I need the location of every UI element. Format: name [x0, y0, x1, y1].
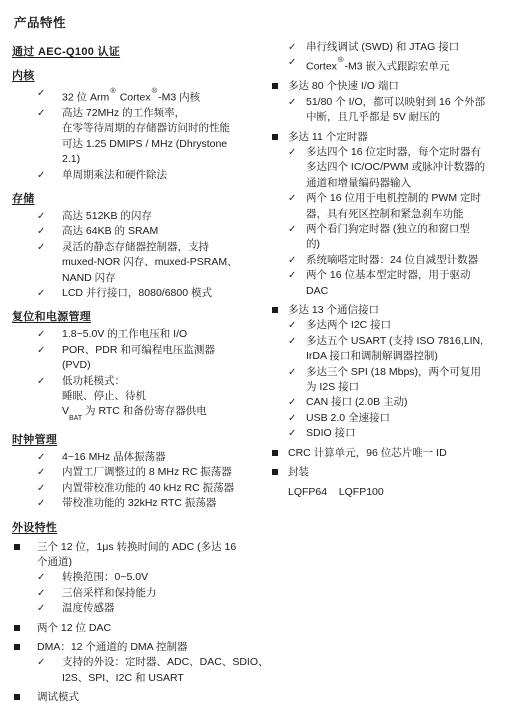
feature-item: 两个 12 位 DAC	[12, 621, 270, 636]
feature-line: 三倍采样和保持能力	[62, 586, 270, 601]
feature-line: 单周期乘法和硬件除法	[62, 168, 270, 183]
registered-trademark-symbol: ®	[338, 55, 344, 64]
feature-item: ✓两个看门狗定时器 (独立的和窗口型的)	[272, 222, 512, 253]
feature-item: ✓带校准功能的 32kHz RTC 振荡器	[12, 496, 270, 511]
feature-item: ✓串行线调试 (SWD) 和 JTAG 接口	[272, 40, 512, 55]
feature-item: LQFP64 LQFP100	[272, 485, 512, 500]
bullet-check-icon: ✓	[37, 481, 62, 496]
feature-text: 4~16 MHz 晶体振荡器	[62, 450, 270, 465]
bullet-check-icon: ✓	[288, 426, 306, 441]
bullet-square-icon	[272, 303, 288, 318]
feature-text: POR、PDR 和可编程电压监测器(PVD)	[62, 343, 270, 374]
vbat-subscript: BAT	[69, 415, 82, 422]
section-heading: 存储	[12, 191, 270, 207]
feature-line: Cortex®-M3 嵌入式跟踪宏单元	[306, 55, 512, 75]
feature-line: 带校准功能的 32kHz RTC 振荡器	[62, 496, 270, 511]
feature-line: 三个 12 位，1μs 转换时间的 ADC (多达 16	[37, 540, 270, 555]
feature-item: ✓1.8~5.0V 的工作电压和 I/O	[12, 327, 270, 342]
feature-line: 2.1)	[62, 152, 270, 167]
bullet-check-icon: ✓	[37, 240, 62, 255]
bullet-check-icon: ✓	[288, 268, 306, 283]
feature-line: I2S、SPI、I2C 和 USART	[62, 671, 270, 686]
feature-item: ✓两个 16 位基本型定时器，用于驱动DAC	[272, 268, 512, 299]
feature-text: 调试模式	[37, 690, 270, 705]
bullet-check-icon: ✓	[37, 343, 62, 358]
bullet-check-icon: ✓	[288, 253, 306, 268]
bullet-check-icon: ✓	[288, 318, 306, 333]
feature-item: CRC 计算单元，96 位芯片唯一 ID	[272, 446, 512, 461]
registered-trademark-symbol: ®	[110, 86, 116, 95]
bullet-check-icon: ✓	[37, 601, 62, 616]
feature-item: ✓USB 2.0 全速接口	[272, 411, 512, 426]
document-page: 产品特性 通过 AEC-Q100 认证内核✓32 位 Arm® Cortex®-…	[0, 0, 513, 709]
feature-text: 转换范围：0~5.0V	[62, 570, 270, 585]
section-heading: 通过 AEC-Q100 认证	[12, 44, 270, 60]
feature-item: ✓LCD 并行接口，8080/6800 模式	[12, 286, 270, 301]
feature-line: 内置工厂调整过的 8 MHz RC 振荡器	[62, 465, 270, 480]
feature-line: 在零等待周期的存储器访问时的性能	[62, 121, 270, 136]
bullet-check-icon: ✓	[37, 168, 62, 183]
feature-text: 高达 64KB 的 SRAM	[62, 224, 270, 239]
feature-line: 的)	[306, 237, 512, 252]
feature-item: ✓POR、PDR 和可编程电压监测器(PVD)	[12, 343, 270, 374]
feature-text: 灵活的静态存储器控制器，支持muxed-NOR 闪存、muxed-PSRAM、N…	[62, 240, 270, 286]
feature-text: 内置带校准功能的 40 kHz RC 振荡器	[62, 481, 270, 496]
feature-line: 4~16 MHz 晶体振荡器	[62, 450, 270, 465]
bullet-square-icon	[272, 130, 288, 145]
feature-item: 多达 80 个快速 I/O 端口	[272, 79, 512, 94]
feature-line: 中断，且几乎都是 5V 耐压的	[306, 110, 512, 125]
feature-item: ✓4~16 MHz 晶体振荡器	[12, 450, 270, 465]
feature-text: 高达 512KB 的闪存	[62, 209, 270, 224]
feature-text: 1.8~5.0V 的工作电压和 I/O	[62, 327, 270, 342]
bullet-check-icon: ✓	[37, 450, 62, 465]
feature-line: (PVD)	[62, 358, 270, 373]
feature-line: 多达四个 IC/OC/PWM 或脉冲计数器的	[306, 160, 512, 175]
feature-text: 单周期乘法和硬件除法	[62, 168, 270, 183]
bullet-check-icon: ✓	[288, 334, 306, 349]
feature-line: DAC	[306, 284, 512, 299]
feature-item: 多达 13 个通信接口	[272, 303, 512, 318]
feature-line: USB 2.0 全速接口	[306, 411, 512, 426]
feature-text: 封装	[288, 465, 512, 480]
column-left: 通过 AEC-Q100 认证内核✓32 位 Arm® Cortex®-M3 内核…	[12, 44, 270, 706]
feature-line: 灵活的静态存储器控制器，支持	[62, 240, 270, 255]
feature-line: 32 位 Arm® Cortex®-M3 内核	[62, 86, 270, 106]
feature-text: 支持的外设：定时器、ADC、DAC、SDIO、I2S、SPI、I2C 和 USA…	[62, 655, 270, 686]
bullet-check-icon: ✓	[37, 327, 62, 342]
feature-text: USB 2.0 全速接口	[306, 411, 512, 426]
feature-line: 通道和增量编码器输入	[306, 176, 512, 191]
feature-line: POR、PDR 和可编程电压监测器	[62, 343, 270, 358]
feature-line: 可达 1.25 DMIPS / MHz (Dhrystone	[62, 137, 270, 152]
feature-text: 两个 12 位 DAC	[37, 621, 270, 636]
bullet-square-icon	[272, 465, 288, 480]
feature-line: IrDA 接口和调制解调器控制)	[306, 349, 512, 364]
bullet-check-icon: ✓	[288, 40, 306, 55]
feature-item: ✓两个 16 位用于电机控制的 PWM 定时器，具有死区控制和紧急刹车功能	[272, 191, 512, 222]
bullet-check-icon: ✓	[37, 570, 62, 585]
bullet-check-icon: ✓	[288, 365, 306, 380]
feature-line: 睡眠、停止、待机	[62, 389, 270, 404]
bullet-check-icon: ✓	[37, 586, 62, 601]
bullet-check-icon: ✓	[288, 411, 306, 426]
bullet-check-icon: ✓	[37, 224, 62, 239]
feature-line: 调试模式	[37, 690, 270, 705]
feature-text: 多达五个 USART (支持 ISO 7816,LIN,IrDA 接口和调制解调…	[306, 334, 512, 365]
registered-trademark-symbol: ®	[152, 86, 158, 95]
feature-text: 两个 16 位基本型定时器，用于驱动DAC	[306, 268, 512, 299]
feature-item: ✓高达 512KB 的闪存	[12, 209, 270, 224]
bullet-check-icon: ✓	[37, 106, 62, 121]
feature-text: 32 位 Arm® Cortex®-M3 内核	[62, 86, 270, 106]
feature-item: ✓多达四个 16 位定时器，每个定时器有多达四个 IC/OC/PWM 或脉冲计数…	[272, 145, 512, 191]
bullet-check-icon: ✓	[288, 55, 306, 70]
feature-line: 两个 16 位用于电机控制的 PWM 定时	[306, 191, 512, 206]
feature-text: 三倍采样和保持能力	[62, 586, 270, 601]
feature-item: ✓CAN 接口 (2.0B 主动)	[272, 395, 512, 410]
bullet-square-icon	[14, 540, 37, 555]
feature-text: 串行线调试 (SWD) 和 JTAG 接口	[306, 40, 512, 55]
bullet-check-icon: ✓	[37, 86, 62, 101]
bullet-check-icon: ✓	[37, 496, 62, 511]
feature-text: 51/80 个 I/O，都可以映射到 16 个外部中断，且几乎都是 5V 耐压的	[306, 95, 512, 126]
feature-line: VBAT 为 RTC 和备份寄存器供电	[62, 404, 270, 424]
feature-line: 串行线调试 (SWD) 和 JTAG 接口	[306, 40, 512, 55]
bullet-check-icon: ✓	[288, 395, 306, 410]
feature-text: SDIO 接口	[306, 426, 512, 441]
feature-item: ✓单周期乘法和硬件除法	[12, 168, 270, 183]
bullet-check-icon: ✓	[37, 465, 62, 480]
feature-item: 封装	[272, 465, 512, 480]
feature-item: ✓灵活的静态存储器控制器，支持muxed-NOR 闪存、muxed-PSRAM、…	[12, 240, 270, 286]
feature-line: 低功耗模式：	[62, 374, 270, 389]
column-right: ✓串行线调试 (SWD) 和 JTAG 接口✓Cortex®-M3 嵌入式跟踪宏…	[272, 40, 512, 501]
section-heading: 外设特性	[12, 520, 270, 536]
bullet-square-icon	[14, 640, 37, 655]
feature-line: 多达两个 I2C 接口	[306, 318, 512, 333]
feature-text: 高达 72MHz 的工作频率，在零等待周期的存储器访问时的性能可达 1.25 D…	[62, 106, 270, 168]
feature-text: 两个看门狗定时器 (独立的和窗口型的)	[306, 222, 512, 253]
feature-item: ✓多达两个 I2C 接口	[272, 318, 512, 333]
feature-text: 多达两个 I2C 接口	[306, 318, 512, 333]
feature-line: 为 I2S 接口	[306, 380, 512, 395]
feature-item: ✓内置工厂调整过的 8 MHz RC 振荡器	[12, 465, 270, 480]
bullet-check-icon: ✓	[288, 191, 306, 206]
feature-line: 器，具有死区控制和紧急刹车功能	[306, 207, 512, 222]
feature-line: 两个看门狗定时器 (独立的和窗口型	[306, 222, 512, 237]
bullet-square-icon	[272, 446, 288, 461]
feature-line: 51/80 个 I/O，都可以映射到 16 个外部	[306, 95, 512, 110]
feature-text: 内置工厂调整过的 8 MHz RC 振荡器	[62, 465, 270, 480]
feature-line: muxed-NOR 闪存、muxed-PSRAM、	[62, 255, 270, 270]
feature-text: 多达 80 个快速 I/O 端口	[288, 79, 512, 94]
feature-item: ✓高达 72MHz 的工作频率，在零等待周期的存储器访问时的性能可达 1.25 …	[12, 106, 270, 168]
bullet-check-icon: ✓	[37, 209, 62, 224]
feature-item: ✓51/80 个 I/O，都可以映射到 16 个外部中断，且几乎都是 5V 耐压…	[272, 95, 512, 126]
feature-line: 多达 80 个快速 I/O 端口	[288, 79, 512, 94]
feature-line: 个通道)	[37, 555, 270, 570]
bullet-square-icon	[272, 79, 288, 94]
bullet-check-icon: ✓	[37, 286, 62, 301]
feature-item: 三个 12 位，1μs 转换时间的 ADC (多达 16个通道)	[12, 540, 270, 571]
feature-text: 多达 11 个定时器	[288, 130, 512, 145]
bullet-check-icon: ✓	[288, 95, 306, 110]
feature-text: 带校准功能的 32kHz RTC 振荡器	[62, 496, 270, 511]
feature-line: 1.8~5.0V 的工作电压和 I/O	[62, 327, 270, 342]
feature-item: ✓低功耗模式：睡眠、停止、待机VBAT 为 RTC 和备份寄存器供电	[12, 374, 270, 424]
feature-text: DMA：12 个通道的 DMA 控制器	[37, 640, 270, 655]
bullet-check-icon: ✓	[288, 222, 306, 237]
feature-line: LCD 并行接口，8080/6800 模式	[62, 286, 270, 301]
feature-item: DMA：12 个通道的 DMA 控制器	[12, 640, 270, 655]
feature-line: 两个 16 位基本型定时器，用于驱动	[306, 268, 512, 283]
feature-line: 高达 512KB 的闪存	[62, 209, 270, 224]
feature-item: ✓三倍采样和保持能力	[12, 586, 270, 601]
feature-item: ✓多达五个 USART (支持 ISO 7816,LIN,IrDA 接口和调制解…	[272, 334, 512, 365]
feature-line: NAND 闪存	[62, 271, 270, 286]
feature-line: 多达 11 个定时器	[288, 130, 512, 145]
feature-item: 调试模式	[12, 690, 270, 705]
bullet-square-icon	[14, 690, 37, 705]
feature-text: 多达 13 个通信接口	[288, 303, 512, 318]
feature-line: 封装	[288, 465, 512, 480]
feature-line: 多达五个 USART (支持 ISO 7816,LIN,	[306, 334, 512, 349]
feature-text: 三个 12 位，1μs 转换时间的 ADC (多达 16个通道)	[37, 540, 270, 571]
feature-line: CRC 计算单元，96 位芯片唯一 ID	[288, 446, 512, 461]
feature-item: ✓Cortex®-M3 嵌入式跟踪宏单元	[272, 55, 512, 75]
feature-text: 多达三个 SPI (18 Mbps)，两个可复用为 I2S 接口	[306, 365, 512, 396]
feature-text: 多达四个 16 位定时器，每个定时器有多达四个 IC/OC/PWM 或脉冲计数器…	[306, 145, 512, 191]
feature-text: LQFP64 LQFP100	[288, 485, 512, 500]
feature-item: ✓转换范围：0~5.0V	[12, 570, 270, 585]
feature-text: LCD 并行接口，8080/6800 模式	[62, 286, 270, 301]
feature-text: 低功耗模式：睡眠、停止、待机VBAT 为 RTC 和备份寄存器供电	[62, 374, 270, 424]
feature-text: Cortex®-M3 嵌入式跟踪宏单元	[306, 55, 512, 75]
feature-line: 转换范围：0~5.0V	[62, 570, 270, 585]
feature-line: 多达 13 个通信接口	[288, 303, 512, 318]
feature-line: 系统嘀嗒定时器：24 位自减型计数器	[306, 253, 512, 268]
bullet-check-icon: ✓	[288, 145, 306, 160]
bullet-check-icon: ✓	[37, 655, 62, 670]
feature-item: 多达 11 个定时器	[272, 130, 512, 145]
feature-item: ✓支持的外设：定时器、ADC、DAC、SDIO、I2S、SPI、I2C 和 US…	[12, 655, 270, 686]
feature-line: CAN 接口 (2.0B 主动)	[306, 395, 512, 410]
feature-item: ✓多达三个 SPI (18 Mbps)，两个可复用为 I2S 接口	[272, 365, 512, 396]
feature-item: ✓温度传感器	[12, 601, 270, 616]
feature-line: 两个 12 位 DAC	[37, 621, 270, 636]
feature-text: 两个 16 位用于电机控制的 PWM 定时器，具有死区控制和紧急刹车功能	[306, 191, 512, 222]
page-title: 产品特性	[14, 13, 66, 31]
feature-item: ✓内置带校准功能的 40 kHz RC 振荡器	[12, 481, 270, 496]
feature-item: ✓高达 64KB 的 SRAM	[12, 224, 270, 239]
feature-text: 系统嘀嗒定时器：24 位自减型计数器	[306, 253, 512, 268]
feature-text: CRC 计算单元，96 位芯片唯一 ID	[288, 446, 512, 461]
feature-line: 高达 64KB 的 SRAM	[62, 224, 270, 239]
feature-item: ✓32 位 Arm® Cortex®-M3 内核	[12, 86, 270, 106]
feature-line: DMA：12 个通道的 DMA 控制器	[37, 640, 270, 655]
feature-text: CAN 接口 (2.0B 主动)	[306, 395, 512, 410]
section-heading: 复位和电源管理	[12, 309, 270, 325]
section-heading: 时钟管理	[12, 432, 270, 448]
feature-line: 温度传感器	[62, 601, 270, 616]
feature-item: ✓系统嘀嗒定时器：24 位自减型计数器	[272, 253, 512, 268]
feature-item: ✓SDIO 接口	[272, 426, 512, 441]
feature-line: 多达三个 SPI (18 Mbps)，两个可复用	[306, 365, 512, 380]
feature-line: SDIO 接口	[306, 426, 512, 441]
feature-line: 支持的外设：定时器、ADC、DAC、SDIO、	[62, 655, 270, 670]
feature-line: LQFP64 LQFP100	[288, 485, 512, 500]
feature-text: 温度传感器	[62, 601, 270, 616]
feature-line: 多达四个 16 位定时器，每个定时器有	[306, 145, 512, 160]
bullet-check-icon: ✓	[37, 374, 62, 389]
feature-line: 内置带校准功能的 40 kHz RC 振荡器	[62, 481, 270, 496]
feature-line: 高达 72MHz 的工作频率，	[62, 106, 270, 121]
section-heading: 内核	[12, 68, 270, 84]
bullet-square-icon	[14, 621, 37, 636]
